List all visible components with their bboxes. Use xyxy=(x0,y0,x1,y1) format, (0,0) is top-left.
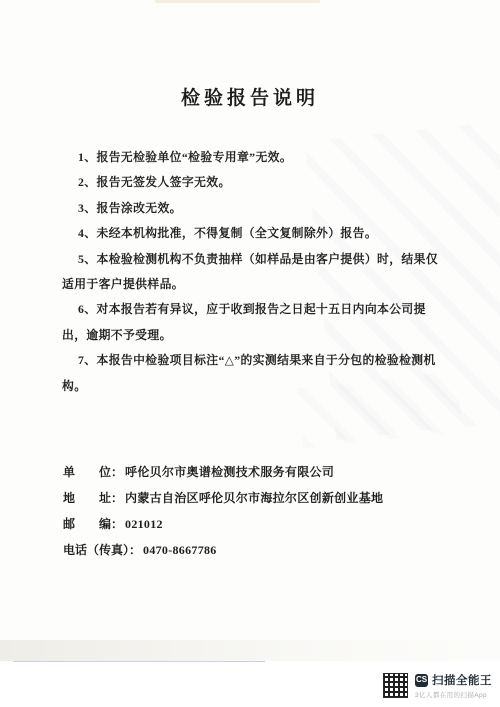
contact-block: 单 位： 呼伦贝尔市奥谱检测技术服务有限公司 地 址： 内蒙古自治区呼伦贝尔市海… xyxy=(63,459,463,563)
contact-row-phone: 电话（传真）： 0470-8667786 xyxy=(63,537,463,563)
scan-page-edge-line xyxy=(13,661,265,662)
phone-label: 电话（传真）： xyxy=(63,537,141,563)
instruction-item-6: 6、对本报告若有异议，应于收到报告之日起十五日内向本公司提出，逾期不予受理。 xyxy=(62,297,446,348)
unit-value: 呼伦贝尔市奥谱检测技术服务有限公司 xyxy=(125,459,334,485)
instruction-item-4: 4、未经本机构批准，不得复制（全文复制除外）报告。 xyxy=(62,221,446,246)
camscanner-brand-name: 扫描全能王 xyxy=(432,672,492,688)
camscanner-watermark: CS 扫描全能王 3亿人都在用的扫描App xyxy=(383,672,492,699)
qr-code-icon xyxy=(383,673,408,698)
scan-artifact-bottom-strip xyxy=(0,640,500,661)
postcode-value: 021012 xyxy=(125,511,163,537)
contact-row-address: 地 址： 内蒙古自治区呼伦贝尔市海拉尔区创新创业基地 xyxy=(63,485,463,511)
scan-artifact-top-band xyxy=(155,0,320,3)
contact-row-postcode: 邮 编： 021012 xyxy=(63,511,463,537)
unit-label: 单 位： xyxy=(63,459,123,485)
camscanner-logo-icon: CS xyxy=(415,674,428,687)
camscanner-brand-block: CS 扫描全能王 3亿人都在用的扫描App xyxy=(415,672,492,699)
instruction-item-3: 3、报告涂改无效。 xyxy=(62,196,446,221)
camscanner-tagline: 3亿人都在用的扫描App xyxy=(415,690,492,699)
instruction-list: 1、报告无检验单位“检验专用章”无效。 2、报告无签发人签字无效。 3、报告涂改… xyxy=(62,145,446,399)
instruction-item-5: 5、本检验检测机构不负责抽样（如样品是由客户提供）时，结果仅适用于客户提供样品。 xyxy=(62,247,446,298)
phone-value: 0470-8667786 xyxy=(143,537,217,563)
page-title: 检验报告说明 xyxy=(0,83,500,110)
address-value: 内蒙古自治区呼伦贝尔市海拉尔区创新创业基地 xyxy=(125,485,383,511)
scanned-document-page: 检验报告说明 1、报告无检验单位“检验专用章”无效。 2、报告无签发人签字无效。… xyxy=(0,0,500,662)
instruction-item-1: 1、报告无检验单位“检验专用章”无效。 xyxy=(62,145,446,170)
instruction-item-2: 2、报告无签发人签字无效。 xyxy=(62,170,446,195)
contact-row-unit: 单 位： 呼伦贝尔市奥谱检测技术服务有限公司 xyxy=(63,459,463,485)
postcode-label: 邮 编： xyxy=(63,511,123,537)
instruction-item-7: 7、本报告中检验项目标注“△”的实测结果来自于分包的检验检测机构。 xyxy=(62,348,446,399)
address-label: 地 址： xyxy=(63,485,123,511)
